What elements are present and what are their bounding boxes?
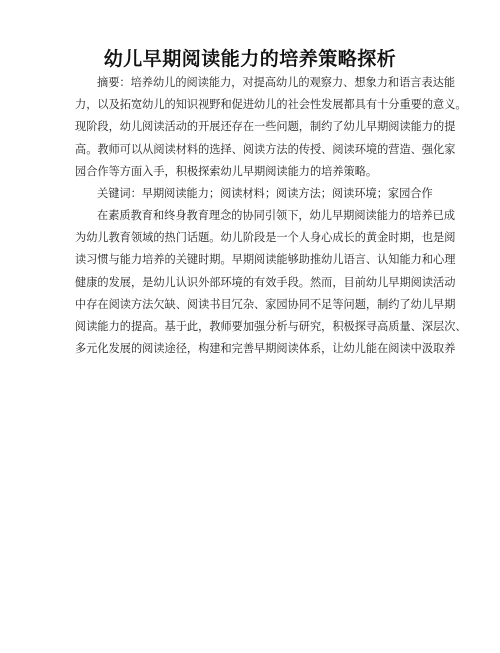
- lower-content: [0, 0, 500, 653]
